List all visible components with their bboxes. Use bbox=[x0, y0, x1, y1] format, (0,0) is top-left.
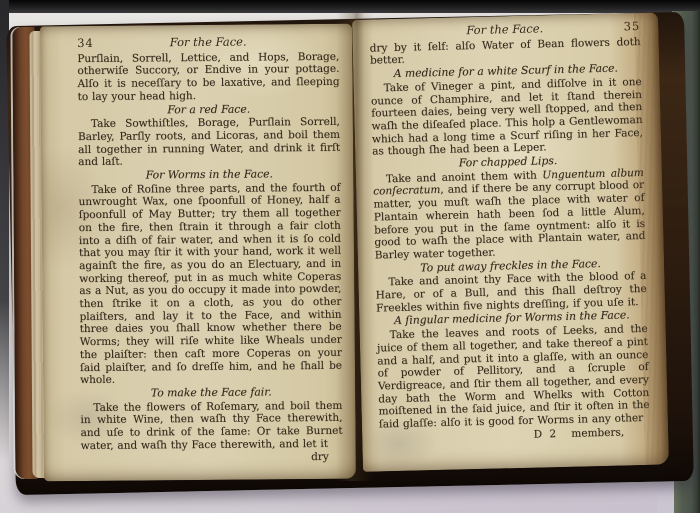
left-page-number: 34 bbox=[77, 37, 121, 50]
right-running-title: For the Face. bbox=[413, 21, 596, 38]
left-page-text-block: 34 For the Face. Purſlain, Sorrell, Lett… bbox=[40, 24, 356, 482]
paragraph: Take the leaves and roots of Leeks, and … bbox=[377, 323, 650, 431]
paragraph: Purſlain, Sorrell, Lettice, and Hops, Bo… bbox=[77, 50, 339, 103]
right-page-text-block: For the Face. 35 dry by it ſelf: alſo Wa… bbox=[352, 13, 669, 472]
section-heading: For a red Face. bbox=[78, 102, 340, 117]
section-heading: For Worms in the Face. bbox=[78, 168, 340, 183]
header-spacer bbox=[369, 36, 413, 37]
catchword: dry bbox=[81, 450, 343, 465]
right-page: For the Face. 35 dry by it ſelf: alſo Wa… bbox=[352, 13, 669, 472]
signature-mark: D 2 bbox=[534, 428, 559, 441]
photo-of-open-book: 34 For the Face. Purſlain, Sorrell, Lett… bbox=[0, 0, 700, 513]
paragraph: Take and anoint thy Face with the blood … bbox=[375, 270, 647, 315]
photo-top-edge-band bbox=[0, 0, 700, 13]
catchword: members, bbox=[558, 426, 650, 441]
left-page-header: 34 For the Face. bbox=[77, 35, 339, 50]
left-page: 34 For the Face. Purſlain, Sorrell, Lett… bbox=[40, 24, 356, 482]
paragraph: Take Sowthiſtles, Borage, Purſlain Sorre… bbox=[78, 116, 340, 169]
paragraph: Take of Vineger a pint, and diſſolve in … bbox=[371, 76, 644, 159]
paragraph: Take of Roſine three parts, and the four… bbox=[78, 181, 342, 387]
left-running-title: For the Face. bbox=[121, 35, 295, 49]
paragraph-with-latin-phrase: Take and anoint them with Unguentum albu… bbox=[373, 167, 646, 263]
paragraph: Take the flowers of Roſemary, and boil t… bbox=[80, 399, 342, 452]
section-heading: To make the Face fair. bbox=[80, 386, 342, 401]
